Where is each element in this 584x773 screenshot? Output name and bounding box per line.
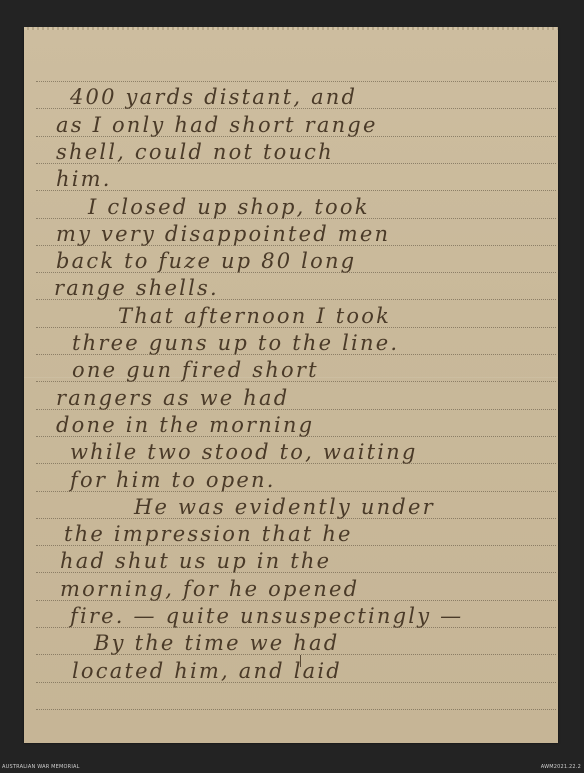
text-line-9: That afternoon I took [24, 303, 558, 330]
archive-reference: AWM2021.22.2 [541, 764, 581, 770]
ink-stroke [300, 655, 301, 667]
text-line-19: morning, for he opened [24, 576, 558, 603]
text-line-11: one gun fired short [24, 357, 558, 384]
text-line-20: fire. — quite unsuspectingly — [24, 603, 558, 630]
text-line-3: shell, could not touch [24, 139, 558, 166]
text-line-1: 400 yards distant, and [24, 84, 558, 111]
text-line-15: for him to open. [24, 467, 558, 494]
text-line-12: rangers as we had [24, 385, 558, 412]
text-line-14: while two stood to, waiting [24, 439, 558, 466]
archive-credit: AUSTRALIAN WAR MEMORIAL [2, 764, 80, 770]
text-line-21: By the time we had [24, 630, 558, 657]
handwritten-text: 400 yards distant, and as I only had sho… [24, 29, 558, 743]
text-line-4: him. [24, 166, 558, 193]
text-line-18: had shut us up in the [24, 548, 558, 575]
letter-page: 400 yards distant, and as I only had sho… [24, 29, 558, 743]
text-line-7: back to fuze up 80 long [24, 248, 558, 275]
text-line-17: the impression that he [24, 521, 558, 548]
text-line-13: done in the morning [24, 412, 558, 439]
text-line-8: range shells. [24, 275, 558, 302]
text-line-16: He was evidently under [24, 494, 558, 521]
text-line-10: three guns up to the line. [24, 330, 558, 357]
text-line-6: my very disappointed men [24, 221, 558, 248]
text-line-5: I closed up shop, took [24, 194, 558, 221]
text-line-2: as I only had short range [24, 112, 558, 139]
text-line-22: located him, and laid [24, 658, 558, 685]
